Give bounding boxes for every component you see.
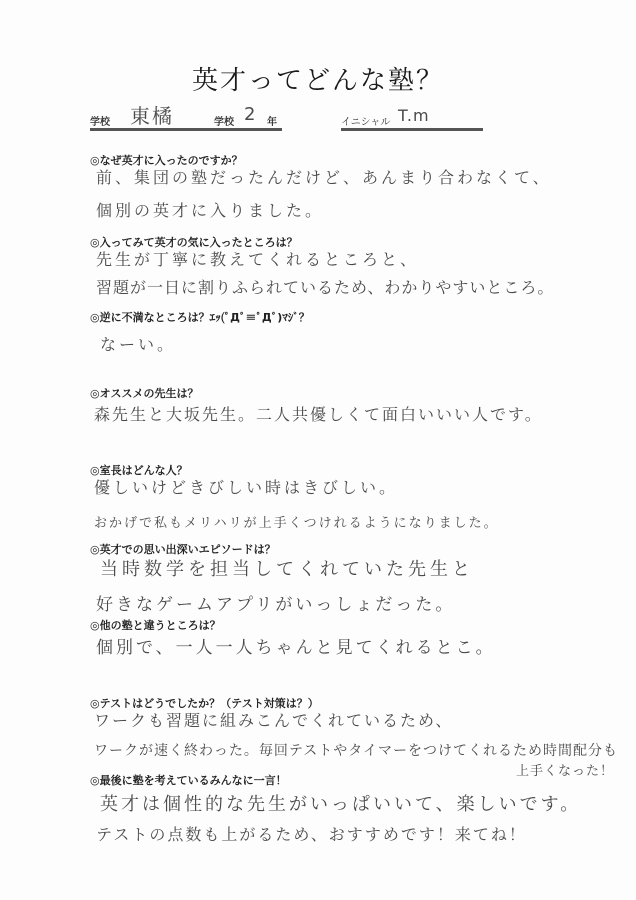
question-8-answer-line-2: ワークが速く終わった。毎回テストやタイマーをつけてくれるため時間配分も [94, 740, 618, 760]
question-7-answer: 個別で、一人一人ちゃんと見てくれるとこ。 [96, 633, 496, 658]
initial-value: T.m [398, 106, 430, 125]
question-2-answer-line-1: 先生が丁寧に教えてくれるところと、 [96, 247, 419, 270]
question-1-answer-line-2: 個別の英才に入りました。 [96, 198, 324, 221]
question-9-answer-line-2: テストの点数も上がるため、おすすめです！来てね！ [96, 822, 527, 845]
question-5-answer-line-2: おかげで私もメリハリが上手くつけれるようになりました。 [94, 512, 499, 531]
question-8-answer-line-3: 上手くなった！ [516, 760, 614, 779]
question-2-answer-line-2: 習題が一日に割りふられているため、わかりやすいところ。 [96, 275, 554, 298]
question-4-label: ◎オススメの先生は？ [90, 385, 199, 401]
question-9-answer-line-1: 英才は個性的な先生がいっぱいいて、楽しいです。 [100, 790, 581, 816]
question-9-label: ◎最後に塾を考えているみんなに一言！ [90, 772, 287, 788]
question-5-answer-line-1: 優しいけどきびしい時はきびしい。 [94, 475, 398, 498]
grade-value: 2 [244, 104, 258, 125]
survey-sheet: 英才ってどんな塾？ 学校 東橘 学校 2 年 イニシャル T.m ◎なぜ英才に入… [0, 0, 636, 900]
grade-label: 学校 [214, 113, 234, 128]
grade-suffix: 年 [267, 113, 277, 128]
question-3-answer: なーい。 [100, 332, 176, 355]
school-value: 東橘 [130, 100, 174, 129]
question-8-answer-line-1: ワークも習題に組みこんでくれているため、 [94, 708, 453, 731]
question-6-answer-line-2: 好きなゲームアプリがいっしょだった。 [96, 590, 455, 615]
initial-underline [341, 128, 483, 131]
school-grade-underline [90, 128, 282, 131]
page-title: 英才ってどんな塾？ [0, 60, 636, 97]
initial-label: イニシャル [341, 113, 390, 128]
question-3-label: ◎逆に不満なところは？ｴｯ(ﾟДﾟ≡ﾟДﾟ)ﾏｼﾞ？ [90, 309, 310, 325]
question-6-answer-line-1: 当時数学を担当してくれていた先生と [100, 555, 474, 581]
question-4-answer: 森先生と大坂先生。二人共優しくて面白いいい人です。 [94, 402, 543, 425]
question-7-label: ◎他の塾と違うところは？ [90, 617, 221, 633]
school-label: 学校 [90, 113, 110, 128]
question-1-answer-line-1: 前、集団の塾だったんだけど、あんまり合わなくて、 [96, 165, 552, 188]
